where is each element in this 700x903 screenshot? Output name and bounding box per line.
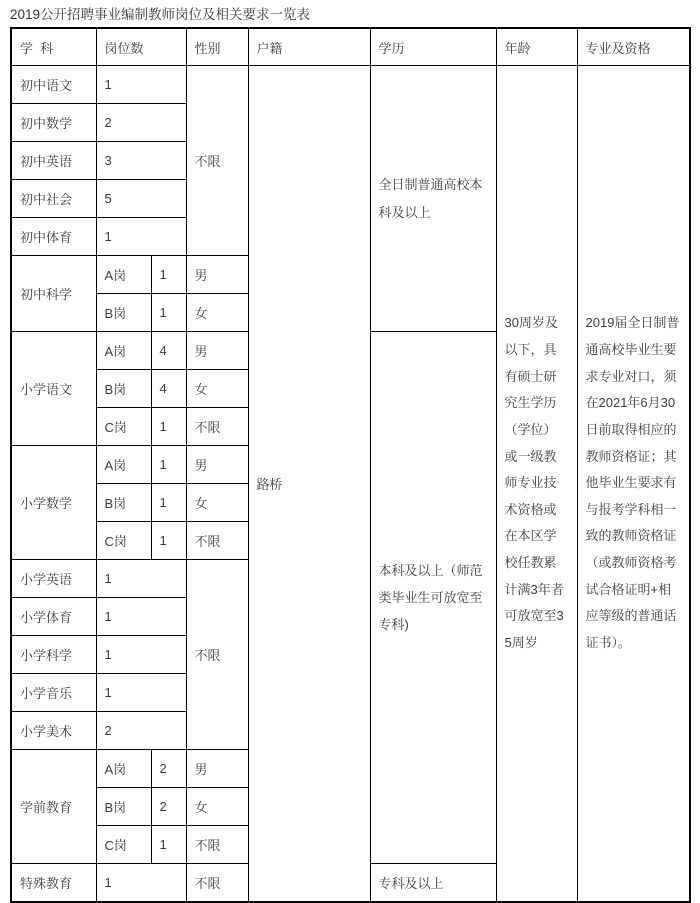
post-cell: A岗 [96, 332, 151, 370]
header-subject: 学 科 [11, 28, 96, 66]
subject-cell: 小学音乐 [11, 674, 96, 712]
subject-cell: 初中体育 [11, 218, 96, 256]
subject-cell: 小学美术 [11, 712, 96, 750]
education-cell: 全日制普通高校本科及以上 [370, 66, 496, 332]
count-cell: 1 [151, 294, 186, 332]
gender-cell: 男 [186, 750, 248, 788]
subject-cell: 特殊教育 [11, 864, 96, 903]
header-row: 学 科 岗位数 性别 户籍 学历 年龄 专业及资格 [11, 28, 690, 66]
post-cell: B岗 [96, 788, 151, 826]
count-cell: 1 [96, 66, 186, 104]
count-cell: 1 [96, 674, 186, 712]
count-cell: 2 [151, 750, 186, 788]
count-cell: 1 [151, 826, 186, 864]
count-cell: 4 [151, 332, 186, 370]
table-row: 初中语文 1 不限 路桥 全日制普通高校本科及以上 30周岁及以下，具有硕士研究… [11, 66, 690, 104]
count-cell: 1 [96, 636, 186, 674]
gender-cell: 女 [186, 484, 248, 522]
subject-cell: 初中英语 [11, 142, 96, 180]
subject-cell: 小学语文 [11, 332, 96, 446]
count-cell: 2 [96, 104, 186, 142]
qualification-cell: 2019届全日制普通高校毕业生要求专业对口，须在2021年6月30日前取得相应的… [577, 66, 690, 903]
post-cell: C岗 [96, 522, 151, 560]
gender-cell: 不限 [186, 826, 248, 864]
post-cell: A岗 [96, 256, 151, 294]
count-cell: 1 [96, 218, 186, 256]
header-education: 学历 [370, 28, 496, 66]
post-cell: C岗 [96, 826, 151, 864]
gender-cell: 女 [186, 788, 248, 826]
gender-cell: 不限 [186, 522, 248, 560]
post-cell: B岗 [96, 294, 151, 332]
gender-cell: 不限 [186, 560, 248, 750]
gender-cell: 女 [186, 294, 248, 332]
post-cell: B岗 [96, 370, 151, 408]
education-cell: 本科及以上（师范类毕业生可放宽至专科) [370, 332, 496, 864]
count-cell: 1 [96, 864, 186, 903]
count-cell: 1 [151, 484, 186, 522]
education-cell: 专科及以上 [370, 864, 496, 903]
count-cell: 2 [151, 788, 186, 826]
gender-cell: 不限 [186, 864, 248, 903]
header-age: 年龄 [496, 28, 577, 66]
header-residence: 户籍 [248, 28, 370, 66]
residence-cell: 路桥 [248, 66, 370, 903]
subject-cell: 小学体育 [11, 598, 96, 636]
subject-cell: 初中语文 [11, 66, 96, 104]
subject-cell: 小学数学 [11, 446, 96, 560]
count-cell: 5 [96, 180, 186, 218]
post-cell: C岗 [96, 408, 151, 446]
count-cell: 2 [96, 712, 186, 750]
count-cell: 1 [151, 408, 186, 446]
count-cell: 1 [151, 256, 186, 294]
gender-cell: 男 [186, 256, 248, 294]
count-cell: 1 [151, 446, 186, 484]
header-gender: 性别 [186, 28, 248, 66]
gender-cell: 女 [186, 370, 248, 408]
count-cell: 3 [96, 142, 186, 180]
count-cell: 1 [96, 598, 186, 636]
post-cell: A岗 [96, 750, 151, 788]
subject-cell: 小学英语 [11, 560, 96, 598]
subject-cell: 学前教育 [11, 750, 96, 864]
post-cell: A岗 [96, 446, 151, 484]
recruitment-table: 学 科 岗位数 性别 户籍 学历 年龄 专业及资格 初中语文 1 不限 路桥 全… [10, 27, 691, 903]
count-cell: 4 [151, 370, 186, 408]
subject-cell: 初中科学 [11, 256, 96, 332]
count-cell: 1 [151, 522, 186, 560]
age-cell: 30周岁及以下，具有硕士研究生学历（学位）或一级教师专业技术资格或在本区学校任教… [496, 66, 577, 903]
gender-cell: 男 [186, 332, 248, 370]
header-qualification: 专业及资格 [577, 28, 690, 66]
gender-cell: 男 [186, 446, 248, 484]
post-cell: B岗 [96, 484, 151, 522]
subject-cell: 初中数学 [11, 104, 96, 142]
header-positions: 岗位数 [96, 28, 186, 66]
subject-cell: 小学科学 [11, 636, 96, 674]
gender-cell: 不限 [186, 66, 248, 256]
count-cell: 1 [96, 560, 186, 598]
page-title: 2019公开招聘事业编制教师岗位及相关要求一览表 [10, 3, 700, 23]
gender-cell: 不限 [186, 408, 248, 446]
page: 2019公开招聘事业编制教师岗位及相关要求一览表 学 科 岗位数 性别 户籍 学… [0, 0, 700, 903]
subject-cell: 初中社会 [11, 180, 96, 218]
